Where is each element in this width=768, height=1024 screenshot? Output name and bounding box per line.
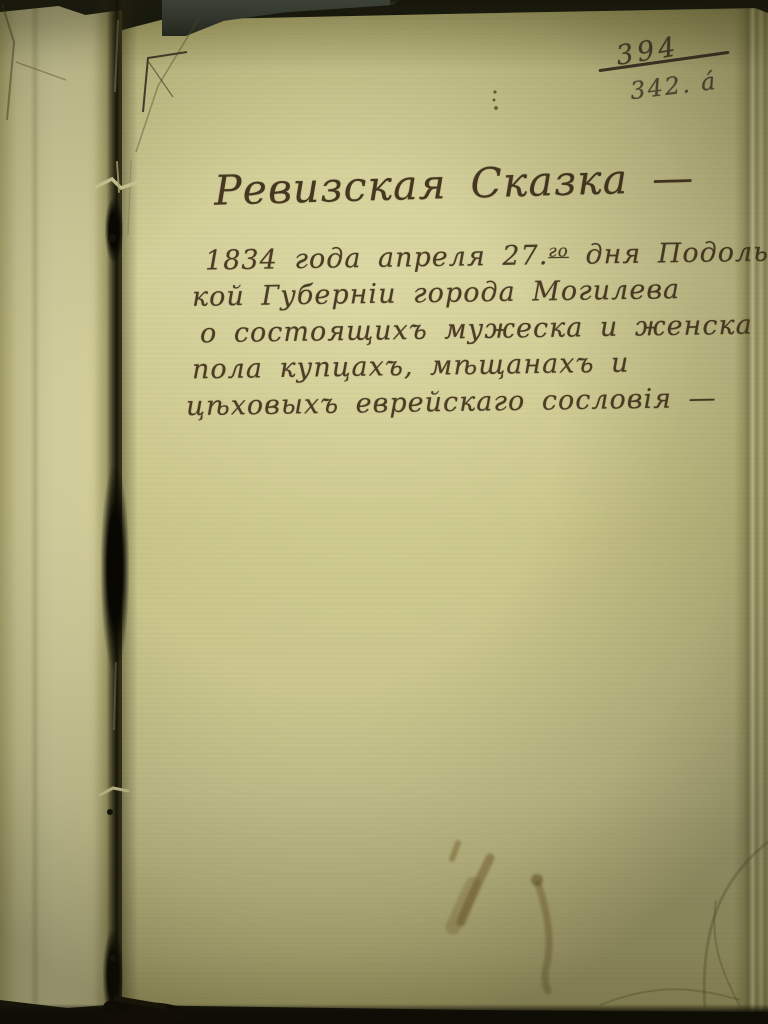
line-1-rest: дня Подольс bbox=[569, 236, 768, 270]
page-edge-ridge bbox=[734, 8, 768, 1012]
line-1-ordinal-suffix: го bbox=[548, 240, 569, 260]
photo-frame: 394 342. а́ Ревизская Сказка — 1834 года… bbox=[0, 0, 768, 1024]
gutter-shadow-blob bbox=[105, 198, 123, 262]
top-edge-shadow bbox=[390, 0, 768, 10]
gutter-shadow-blob bbox=[101, 468, 129, 668]
line-1-date: 1834 года апреля 27. bbox=[205, 240, 549, 276]
bottom-edge-shadow bbox=[0, 1004, 768, 1024]
left-page-crease bbox=[30, 6, 40, 1008]
